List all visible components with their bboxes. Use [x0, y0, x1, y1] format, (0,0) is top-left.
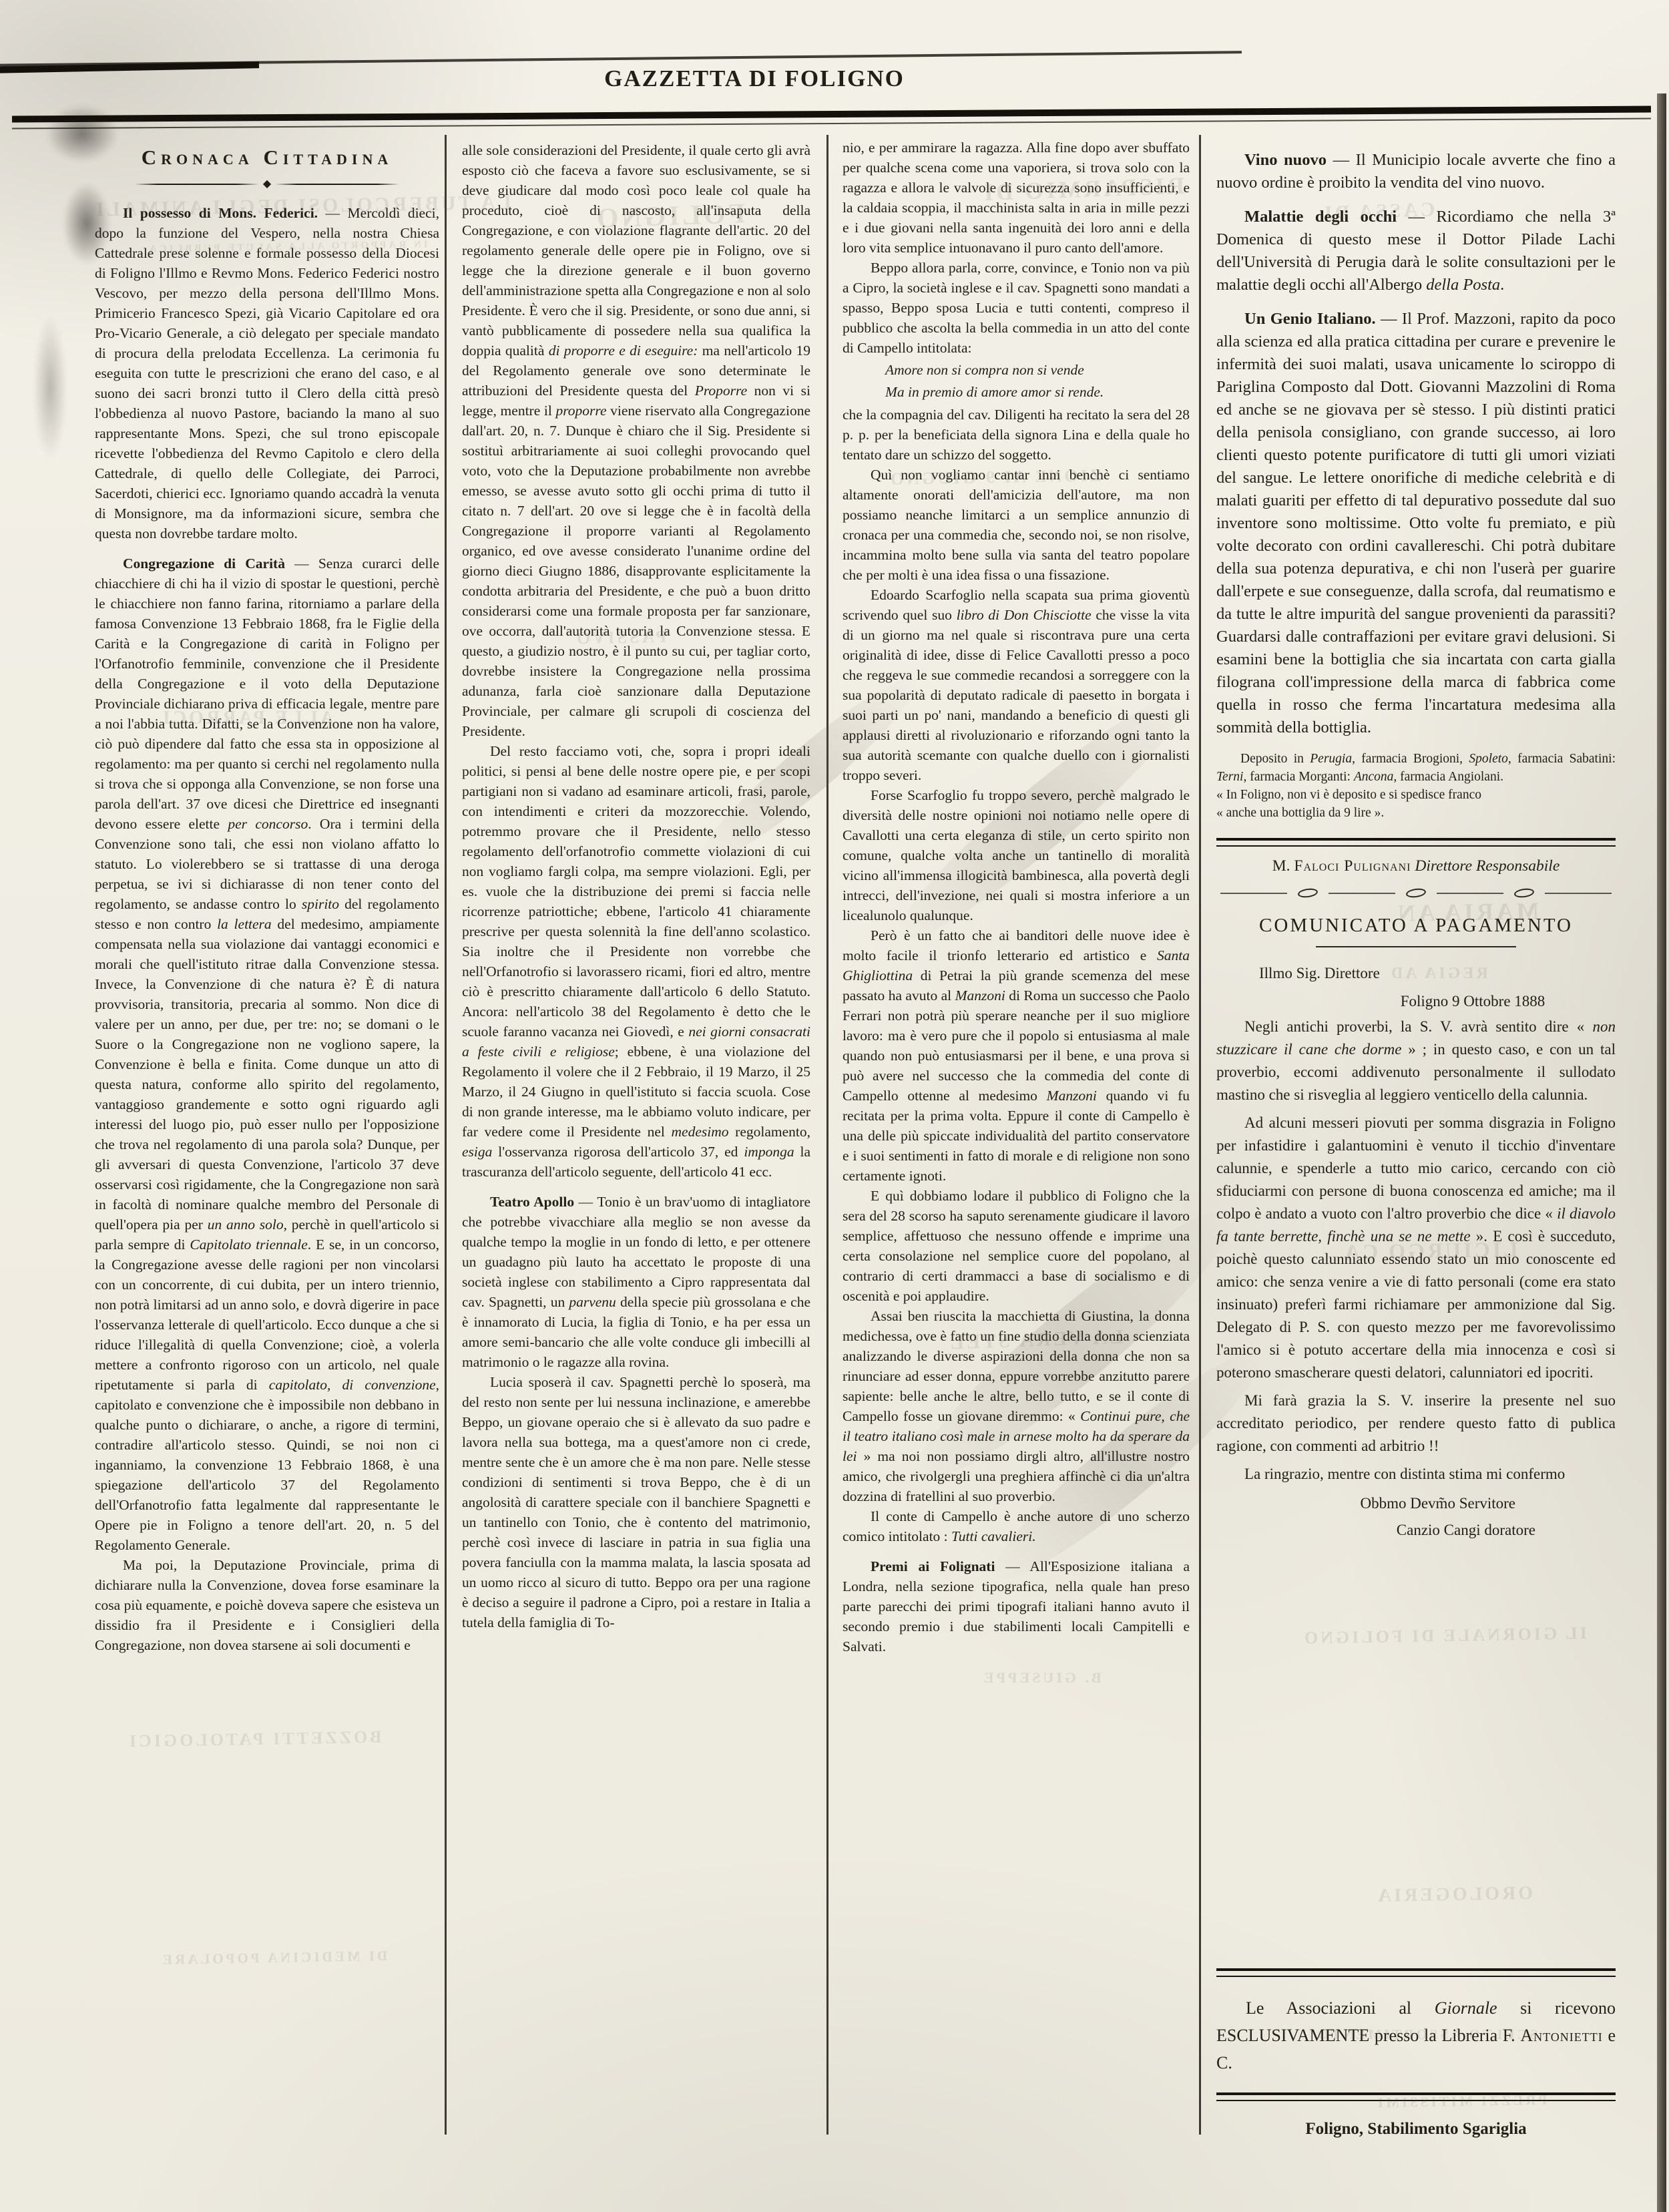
dateline: Foligno 9 Ottobre 1888	[1216, 993, 1616, 1010]
ghost-show-through-text: MARIA AN	[1395, 897, 1539, 927]
article-paragraph: E quì dobbiamo lodare il pubblico di Fol…	[843, 1186, 1190, 1306]
article-paragraph: Edoardo Scarfoglio nella scapata sua pri…	[843, 585, 1190, 785]
article-paragraph: Un Genio Italiano. — Il Prof. Mazzoni, r…	[1216, 308, 1616, 739]
ornament-line	[275, 184, 399, 185]
column-4-bottom: Le Associazioni al Giornale si ricevono …	[1216, 1968, 1616, 2169]
column-4: Vino nuovo — Il Municipio locale avverte…	[1216, 138, 1616, 1968]
article-paragraph: Del resto facciamo voti, che, sopra i pr…	[462, 741, 810, 1182]
masthead-title: GAZZETTA DI FOLIGNO	[604, 65, 905, 92]
article-paragraph: Mi farà grazia la S. V. inserire la pres…	[1216, 1389, 1616, 1458]
section-title: Cronaca Cittadina	[95, 146, 439, 170]
flourish-line	[1329, 893, 1395, 894]
article-paragraph: Il conte di Campello è anche autore di u…	[843, 1506, 1190, 1546]
ghost-show-through-text: B. GIUSEPPE	[981, 1669, 1102, 1687]
column-rule-2	[826, 135, 828, 2135]
divider-ornament: ◆	[135, 179, 399, 190]
article-paragraph: Congregazione di Carità — Senza curarci …	[95, 554, 439, 1555]
flourish-knot	[1405, 887, 1427, 899]
verse-line: Ma in premio di amore amor si rende.	[885, 381, 1190, 403]
page-edge-shadow	[1657, 93, 1666, 2212]
column-rule-3	[1199, 135, 1201, 2135]
title-underline	[1316, 946, 1516, 947]
ghost-show-through-text: SCELTO ASSORTIMENTO	[1315, 2026, 1537, 2043]
signature-name: Canzio Cangi doratore	[1216, 1522, 1616, 1539]
diamond-icon: ◆	[263, 179, 271, 190]
article-paragraph: Però è un fatto che ai banditori delle n…	[843, 925, 1190, 1186]
quoted-note-line: « anche una bottiglia da 9 lire ».	[1216, 804, 1616, 822]
article-paragraph: che la compagnia del cav. Diligenti ha r…	[843, 405, 1190, 465]
ghost-show-through-text: CASSA DI	[1321, 198, 1435, 225]
article-paragraph: La ringrazio, mentre con distinta stima …	[1216, 1463, 1616, 1486]
signature-line: Obbmo Devm̃o Servitore	[1216, 1495, 1616, 1512]
double-rule	[1216, 838, 1616, 847]
article-paragraph: Beppo allora parla, corre, convince, e T…	[843, 258, 1190, 358]
column-2: alle sole considerazioni del Presidente,…	[462, 140, 810, 2143]
article-paragraph: Negli antichi proverbi, la S. V. avrà se…	[1216, 1016, 1616, 1106]
article-paragraph: Deposito in Perugia, farmacia Brogioni, …	[1216, 750, 1616, 786]
imprint-line: Foligno, Stabilimento Sgariglia	[1216, 2120, 1616, 2139]
ink-smudge	[27, 287, 73, 487]
verse-couplet: Amore non si compra non si vendeMa in pr…	[843, 359, 1190, 403]
column-3: nio, e per ammirare la ragazza. Alla fin…	[843, 138, 1190, 2145]
newspaper-page: GAZZETTA DI FOLIGNO Cronaca Cittadina◆Il…	[0, 0, 1669, 2212]
ghost-show-through-text: REGIA AD	[1389, 965, 1488, 983]
ghost-show-through-text: PREZZI MITISSIMI	[1375, 2092, 1547, 2111]
article-paragraph: Lucia sposerà il cav. Spagnetti perchè l…	[462, 1372, 810, 1632]
double-rule	[1216, 1968, 1616, 1977]
flourish-line	[1437, 893, 1503, 894]
flourish-line	[1545, 893, 1612, 894]
ghost-show-through-text: FOLIGNO	[593, 198, 746, 235]
article-paragraph: Vino nuovo — Il Municipio locale avverte…	[1216, 149, 1616, 194]
verse-line: Amore non si compra non si vende	[885, 359, 1190, 381]
ghost-show-through-text: ZIONE AI 9 GIUGNO	[888, 465, 1102, 489]
director-line: M. Faloci Pulignani Direttore Responsabi…	[1216, 857, 1616, 875]
ghost-show-through-text: ALLE PARROCI	[160, 708, 334, 729]
column-1: Cronaca Cittadina◆Il possesso di Mons. F…	[95, 142, 439, 2139]
divider-flourish	[1220, 889, 1612, 897]
article-paragraph: Forse Scarfoglio fu troppo severo, perch…	[843, 785, 1190, 925]
column-rule-1	[445, 135, 447, 2135]
article-paragraph: Ma poi, la Deputazione Provinciale, prim…	[95, 1555, 439, 1655]
quoted-note-line: « In Foligno, non vi è deposito e si spe…	[1216, 786, 1616, 804]
ghost-show-through-text: PASSIVO	[574, 627, 667, 648]
ornament-line	[135, 184, 259, 185]
flourish-knot	[1297, 887, 1319, 899]
flourish-line	[1220, 893, 1287, 894]
ghost-show-through-text: LICIURGO CA	[1342, 1237, 1518, 1265]
article-paragraph: Premi ai Folignati — All'Esposizione ita…	[843, 1556, 1190, 1656]
article-paragraph: Teatro Apollo — Tonio è un brav'uomo di …	[462, 1192, 810, 1372]
ghost-show-through-text: OROLOGERIA	[1375, 1883, 1533, 1907]
